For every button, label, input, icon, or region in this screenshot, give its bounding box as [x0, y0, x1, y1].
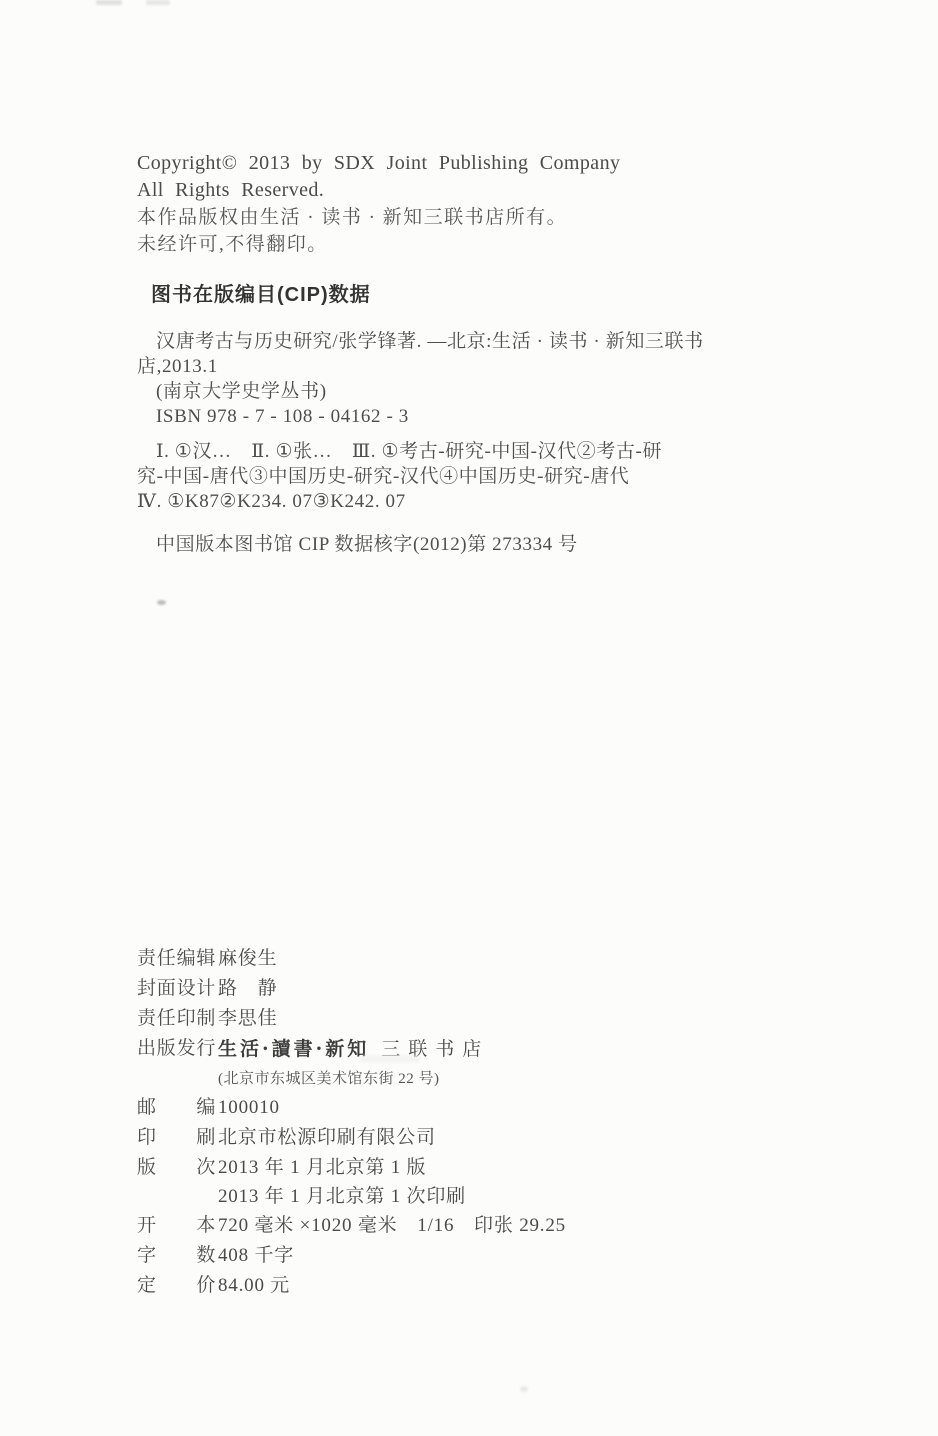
- colophon-value: 720 毫米 ×1020 毫米 1/16 印张 29.25: [218, 1211, 566, 1241]
- cip-entry-block: 汉唐考古与历史研究/张学锋著. —北京:生活 · 读书 · 新知三联书 店,20…: [137, 329, 827, 429]
- colophon-row-cover-design: 封面设计 路 静: [137, 974, 827, 1004]
- sanlian-logo-text: 生活·讀書·新知: [218, 1038, 369, 1060]
- colophon-label: 开 本: [137, 1211, 218, 1241]
- colophon-block: 责任编辑 麻俊生 封面设计 路 静 责任印制 李思佳 出版发行 生活·讀書·新知…: [137, 944, 827, 1301]
- page-content: Copyright© 2013 by SDX Joint Publishing …: [137, 150, 827, 1301]
- cip-title-author-wrap-line: 店,2013.1: [137, 354, 827, 379]
- rights-reserved-line: All Rights Reserved.: [137, 177, 827, 204]
- colophon-row-format: 开 本 720 毫米 ×1020 毫米 1/16 印张 29.25: [137, 1211, 827, 1241]
- scan-smudge: [360, 1055, 420, 1063]
- colophon-row-publisher-address: (北京市东城区美术馆东街 22 号): [137, 1065, 827, 1093]
- cip-title-author-line: 汉唐考古与历史研究/张学锋著. —北京:生活 · 读书 · 新知三联书: [137, 329, 827, 354]
- colophon-row-edition: 版 次 2013 年 1 月北京第 1 版: [137, 1153, 827, 1183]
- cip-isbn-line: ISBN 978 - 7 - 108 - 04162 - 3: [137, 404, 827, 429]
- colophon-label: 版 次: [137, 1153, 218, 1183]
- publisher-value: 生活·讀書·新知三联书店: [218, 1034, 489, 1065]
- scan-smudge: [146, 0, 170, 5]
- colophon-row-printing: 2013 年 1 月北京第 1 次印刷: [137, 1183, 827, 1211]
- colophon-value: 2013 年 1 月北京第 1 版: [218, 1153, 426, 1183]
- copyright-line-chinese: 本作品版权由生活 · 读书 · 新知三联书店所有。: [137, 204, 827, 231]
- colophon-label: 定 价: [137, 1271, 218, 1301]
- cip-class-line-1: Ⅰ. ①汉… Ⅱ. ①张… Ⅲ. ①考古-研究-中国-汉代②考古-研: [137, 439, 827, 464]
- colophon-label: 出版发行: [137, 1034, 218, 1065]
- colophon-row-postcode: 邮 编 100010: [137, 1093, 827, 1123]
- copyright-line-english: Copyright© 2013 by SDX Joint Publishing …: [137, 150, 827, 177]
- colophon-value: 100010: [218, 1093, 280, 1123]
- colophon-label: 邮 编: [137, 1093, 218, 1123]
- colophon-label-spacer: [137, 1183, 218, 1211]
- publisher-address: (北京市东城区美术馆东街 22 号): [218, 1065, 440, 1093]
- book-copyright-page: Copyright© 2013 by SDX Joint Publishing …: [0, 0, 938, 1436]
- colophon-row-publisher: 出版发行 生活·讀書·新知三联书店: [137, 1034, 827, 1065]
- scan-speck: [520, 1386, 528, 1392]
- cip-classification-block: Ⅰ. ①汉… Ⅱ. ①张… Ⅲ. ①考古-研究-中国-汉代②考古-研 究-中国-…: [137, 439, 827, 514]
- colophon-row-print-supervisor: 责任印制 李思佳: [137, 1004, 827, 1034]
- colophon-label: 字 数: [137, 1241, 218, 1271]
- colophon-label-spacer: [137, 1065, 218, 1093]
- colophon-value: 84.00 元: [218, 1271, 290, 1301]
- cip-heading: 图书在版编目(CIP)数据: [151, 278, 827, 307]
- colophon-value: 408 千字: [218, 1241, 294, 1271]
- scan-smudge: [96, 0, 122, 5]
- cip-class-line-2: 究-中国-唐代③中国历史-研究-汉代④中国历史-研究-唐代: [137, 464, 827, 489]
- copyright-block: Copyright© 2013 by SDX Joint Publishing …: [137, 150, 827, 258]
- cip-registry-line: 中国版本图书馆 CIP 数据核字(2012)第 273334 号: [137, 529, 827, 556]
- colophon-row-editor: 责任编辑 麻俊生: [137, 944, 827, 974]
- colophon-row-price: 定 价 84.00 元: [137, 1271, 827, 1301]
- colophon-label: 责任印制: [137, 1004, 218, 1034]
- cip-series-line: (南京大学史学丛书): [137, 379, 827, 404]
- colophon-label: 印 刷: [137, 1123, 218, 1153]
- cip-class-line-3: Ⅳ. ①K87②K234. 07③K242. 07: [137, 489, 827, 514]
- colophon-label: 封面设计: [137, 974, 218, 1004]
- colophon-value: 北京市松源印刷有限公司: [218, 1123, 436, 1153]
- colophon-row-printer: 印 刷 北京市松源印刷有限公司: [137, 1123, 827, 1153]
- scan-speck: [157, 600, 166, 605]
- colophon-row-word-count: 字 数 408 千字: [137, 1241, 827, 1271]
- no-reprint-line: 未经许可,不得翻印。: [137, 231, 827, 258]
- colophon-value: 麻俊生: [218, 944, 277, 974]
- colophon-value: 路 静: [218, 974, 277, 1004]
- colophon-label: 责任编辑: [137, 944, 218, 974]
- colophon-value: 李思佳: [218, 1004, 277, 1034]
- colophon-value: 2013 年 1 月北京第 1 次印刷: [218, 1183, 466, 1211]
